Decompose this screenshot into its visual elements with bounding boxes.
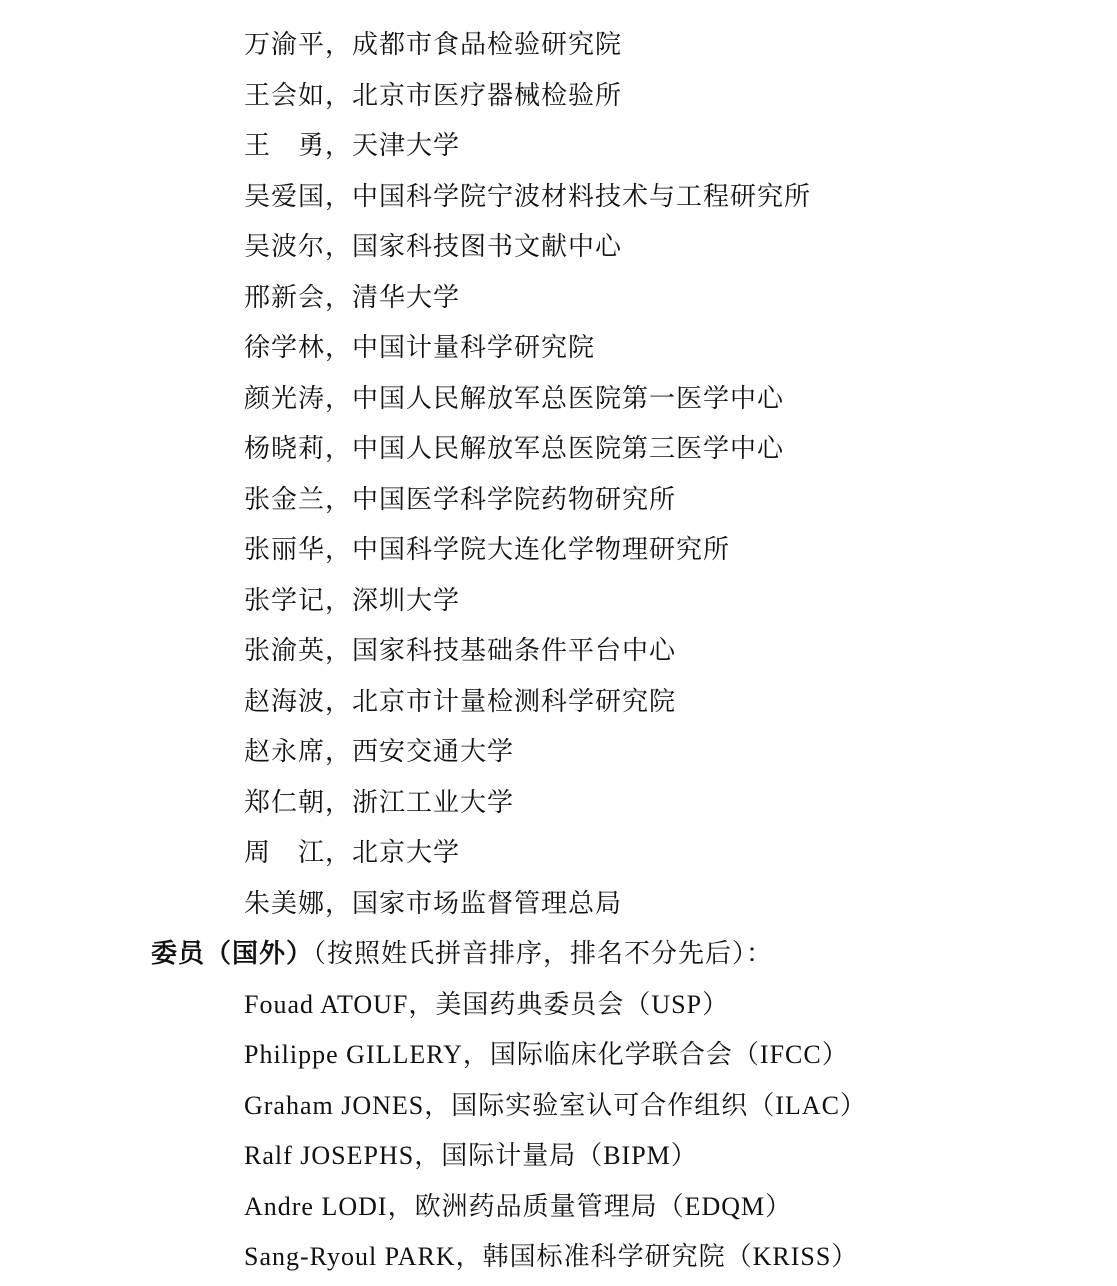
member-line: 邢新会，清华大学 — [0, 273, 1117, 324]
foreign-members-heading: 委员（国外）（按照姓氏拼音排序，排名不分先后）： — [0, 929, 1117, 980]
member-line: 徐学林，中国计量科学研究院 — [0, 323, 1117, 374]
foreign-member-line: Sang-Ryoul PARK，韩国标准科学研究院（KRISS） — [0, 1232, 1117, 1283]
member-line: 周 江，北京大学 — [0, 828, 1117, 879]
member-line: 张金兰，中国医学科学院药物研究所 — [0, 475, 1117, 526]
foreign-members-heading-title: 委员（国外） — [151, 939, 313, 968]
member-line: 颜光涛，中国人民解放军总医院第一医学中心 — [0, 374, 1117, 425]
member-line: 杨晓莉，中国人民解放军总医院第三医学中心 — [0, 424, 1117, 475]
member-line: 吴波尔，国家科技图书文献中心 — [0, 222, 1117, 273]
foreign-member-line: Ralf JOSEPHS，国际计量局（BIPM） — [0, 1131, 1117, 1182]
member-line: 郑仁朝，浙江工业大学 — [0, 778, 1117, 829]
member-line: 朱美娜，国家市场监督管理总局 — [0, 879, 1117, 930]
foreign-member-line: Andre LODI，欧洲药品质量管理局（EDQM） — [0, 1182, 1117, 1233]
member-line: 张丽华，中国科学院大连化学物理研究所 — [0, 525, 1117, 576]
member-line: 王 勇，天津大学 — [0, 121, 1117, 172]
member-line: 王会如，北京市医疗器械检验所 — [0, 71, 1117, 122]
member-line: 张学记，深圳大学 — [0, 576, 1117, 627]
foreign-member-line: Graham JONES，国际实验室认可合作组织（ILAC） — [0, 1081, 1117, 1132]
member-line: 万渝平，成都市食品检验研究院 — [0, 20, 1117, 71]
document-page: 万渝平，成都市食品检验研究院 王会如，北京市医疗器械检验所 王 勇，天津大学 吴… — [0, 0, 1117, 1286]
member-line: 赵海波，北京市计量检测科学研究院 — [0, 677, 1117, 728]
foreign-member-line: Fouad ATOUF，美国药典委员会（USP） — [0, 980, 1117, 1031]
foreign-member-line: Philippe GILLERY，国际临床化学联合会（IFCC） — [0, 1030, 1117, 1081]
member-line: 张渝英，国家科技基础条件平台中心 — [0, 626, 1117, 677]
foreign-members-heading-note: （按照姓氏拼音排序，排名不分先后）： — [313, 939, 773, 968]
member-line: 赵永席，西安交通大学 — [0, 727, 1117, 778]
member-line: 吴爱国，中国科学院宁波材料技术与工程研究所 — [0, 172, 1117, 223]
